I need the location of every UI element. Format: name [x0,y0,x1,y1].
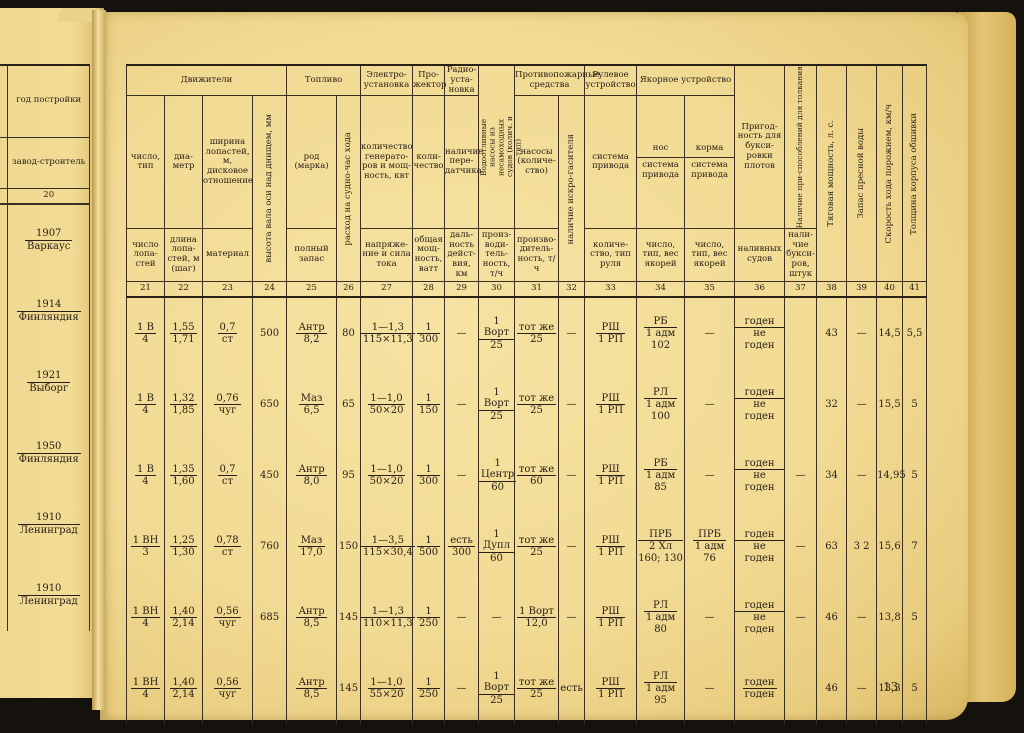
cell-c19 [0,347,8,418]
cell-c31: тот же25 [515,297,559,369]
col-20-header-top: год постройки [8,65,90,137]
column-number: 25 [287,282,337,298]
fraction-value: Антр8,5 [296,677,326,701]
builder: Финляндия [17,312,81,324]
column-number: 27 [361,282,413,298]
cell-c31: тот же25 [515,511,559,582]
fraction-value: 1300 [417,322,440,346]
cell-c37 [785,369,817,440]
fraction-value: РЛ1 адм95 [644,671,677,707]
fraction-value: тот же25 [517,535,556,559]
builder: Финляндия [17,454,81,466]
cell-c21: 1 ВН4 [127,653,165,724]
cell-c33: РШ1 РП [585,511,637,582]
header-c21-bottom: число лопа-стей [127,229,165,282]
cell-c20: 1921Выборг [8,347,90,418]
header-c28-bottom: общая мощ-ность, ватт [413,229,445,282]
cell-c37: — [785,582,817,653]
fraction-value: РШ1 РП [596,535,625,559]
fraction-value: 1500 [417,535,440,559]
cell-c41: 7 [903,511,927,582]
column-number: 33 [585,282,637,298]
fraction-value: 1 В4 [135,322,156,346]
header-c38: Тяговая мощность, л. с. [817,65,847,282]
cell-c29: есть300 [445,511,479,582]
column-number: 23 [203,282,253,298]
column-number: 31 [515,282,559,298]
cell-c33: РШ1 РП [585,297,637,369]
cell-c27: 1—1,050×20 [361,440,413,511]
cell-c35: ПРБ1 адм76 [685,511,735,582]
fraction-value: Антр8,0 [296,464,326,488]
cell-c33: РШ1 РП [585,653,637,724]
group-radio: Радио-уста-новка [445,65,479,96]
column-number: 41 [903,282,927,298]
group-searchlight: Про-жектор [413,65,445,96]
cell-c37 [785,653,817,724]
cell-c34: РЛ1 адм80 [637,582,685,653]
cell-c26: 65 [337,369,361,440]
table-row: 1910Ленинград [0,560,90,631]
cell-c25: Антр8,5 [287,582,337,653]
fraction-value: 1—1,050×20 [368,393,406,417]
cell-c28: 1250 [413,582,445,653]
anchor-bow-label: нос [637,144,684,158]
fraction-value: тот же25 [517,393,556,417]
column-number: 34 [637,282,685,298]
column-number: 32 [559,282,585,298]
col-19-number: 19 [0,188,8,204]
table-row: 1 В41,351,600,7ст450Антр8,0951—1,050×201… [127,440,927,511]
fraction-value: годенне годен [735,600,784,636]
column-number: 36 [735,282,785,298]
cell-c34: ПРБ2 Хл160; 130 [637,511,685,582]
cell-c32: есть [559,653,585,724]
fraction-value: годенне годен [735,529,784,565]
cell-c24: 650 [253,369,287,440]
fraction-value: 1 Ворт25 [479,316,514,352]
builder: Ленинград [18,596,80,608]
cell-c34: РБ1 адм85 [637,440,685,511]
fraction-value: 1 Дупл60 [479,529,514,565]
cell-c30: 1 Ворт25 [479,297,515,369]
cell-c26: 80 [337,297,361,369]
header-c28-top: коли-чество [413,96,445,229]
cell-c25: Маз6,5 [287,369,337,440]
fraction-value: РБ1 адм102 [644,316,677,352]
build-year: 1907 [25,228,72,241]
fraction-value: 1 ВН3 [131,535,161,559]
vessel-specs-table: Движители Топливо Электро-установка Про-… [126,64,927,724]
cell-c30: — [479,582,515,653]
cell-c20: 1910Ленинград [8,560,90,631]
fraction-value: 1300 [417,464,440,488]
cell-c29: — [445,297,479,369]
col-20-number: 20 [8,188,90,204]
header-c37-bottom: нали-чие букси-ров, штук [785,229,817,282]
book-spine [92,10,106,710]
cell-c39: — [847,582,877,653]
cell-c21: 1 ВН3 [127,511,165,582]
cell-c27: 1—1,055×20 [361,653,413,724]
builder: Ленинград [18,525,80,537]
cell-c22: 1,402,14 [165,653,203,724]
cell-c23: 0,7ст [203,297,253,369]
cell-c19 [0,560,8,631]
fraction-value: 1 Ворт25 [479,671,514,707]
cell-c20: 1950Финляндия [8,418,90,489]
group-drainage: Водоотливные насосы из несамоходных судо… [479,65,515,229]
fraction-value: РШ1 РП [596,322,625,346]
cell-c38: 46 [817,653,847,724]
cell-c20: 1910Ленинград [8,489,90,560]
cell-c31: 1 Ворт12,0 [515,582,559,653]
table-row: 1910Ленинград [0,489,90,560]
fraction-value: РЛ1 адм80 [644,600,677,636]
cell-c39: — [847,297,877,369]
header-c24: высота вала оси над днищем, мм [253,96,287,282]
fraction-value: 1—1,055×20 [368,677,406,701]
header-c41: Толщина корпуса обшивки [903,65,927,282]
header-c31-bottom: произво-дитель-ность, т/ч [515,229,559,282]
cell-c22: 1,321,85 [165,369,203,440]
fraction-value: 1 В4 [135,393,156,417]
fraction-value: 1 ВН4 [131,606,161,630]
cell-c40: 15,6 [877,511,903,582]
page-number: 13 [883,680,898,694]
cell-c28: 1300 [413,440,445,511]
build-year: 1921 [27,370,70,383]
header-c27-top: количество генерато-ров и мощ-ность, квт [361,96,413,229]
fraction-value: 1 Ворт12,0 [517,606,556,630]
cell-c23: 0,76чуг [203,369,253,440]
column-number: 24 [253,282,287,298]
header-c30-bottom: произ-води-тель-ность, т/ч [479,229,515,282]
fraction-value: 1 Ворт25 [479,387,514,423]
column-number: 26 [337,282,361,298]
cell-c41: 5,5 [903,297,927,369]
build-year: 1910 [18,583,80,596]
fraction-value: тот же60 [517,464,556,488]
table-row: 1 ВН31,251,300,78ст760Маз17,01501—3,5115… [127,511,927,582]
column-number: 30 [479,282,515,298]
header-c27-bottom: напряже-ние и сила тока [361,229,413,282]
cell-c23: 0,56чуг [203,582,253,653]
cell-c25: Антр8,2 [287,297,337,369]
fraction-value: РШ1 РП [596,464,625,488]
fraction-value: ПРБ1 адм76 [693,529,726,565]
cell-c28: 1300 [413,297,445,369]
cell-c31: тот же25 [515,653,559,724]
fraction-value: 1 ВН4 [131,677,161,701]
cell-c39: — [847,440,877,511]
fraction-value: есть300 [448,535,475,559]
cell-c40: 15,5 [877,369,903,440]
cell-c37: — [785,511,817,582]
header-c23-bottom: материал [203,229,253,282]
cell-c21: 1 В4 [127,369,165,440]
fraction-value: 1—1,3110×11,3 [361,606,415,630]
cell-c36: годенгоден [735,653,785,724]
cell-c31: тот же25 [515,369,559,440]
cell-c27: 1—3,5115×30,4 [361,511,413,582]
fraction-value: 0,56чуг [214,606,240,630]
header-c33-bottom: количе-ство, тип руля [585,229,637,282]
cell-c24 [253,653,287,724]
cell-c23: 0,78ст [203,511,253,582]
fraction-value: годенне годен [735,458,784,494]
fraction-value: годенне годен [735,316,784,352]
cell-c38: 43 [817,297,847,369]
cell-c20: 1907Варкаус [8,204,90,276]
header-c26: расход на судно-час хода [337,96,361,282]
column-number: 22 [165,282,203,298]
table-row: 1 ВН41,402,140,56чугАнтр8,51451—1,055×20… [127,653,927,724]
cell-c31: тот же60 [515,440,559,511]
fraction-value: Маз6,5 [299,393,325,417]
cell-c19 [0,204,8,276]
cell-c35: — [685,297,735,369]
build-year: 1914 [17,299,81,312]
left-page-table: …тура воз…, °C год постройки …хутья заво… [0,64,90,631]
cell-c33: РШ1 РП [585,582,637,653]
fraction-value: 1,402,14 [170,606,196,630]
cell-c36: годенне годен [735,582,785,653]
cell-c24: 685 [253,582,287,653]
cell-c41: 5 [903,653,927,724]
cell-c32: — [559,369,585,440]
cell-c41: 5 [903,369,927,440]
table-row: 1921Выборг [0,347,90,418]
cell-c24: 450 [253,440,287,511]
fraction-value: 1,321,85 [170,393,196,417]
column-number: 29 [445,282,479,298]
cell-c27: 1—1,3110×11,3 [361,582,413,653]
group-fuel: Топливо [287,65,361,96]
cell-c38: 46 [817,582,847,653]
fraction-value: годенгоден [743,677,777,701]
group-pushing: Наличие при-способлений для толкания [785,65,817,229]
cell-c41: 5 [903,440,927,511]
cell-c37: — [785,440,817,511]
cell-c28: 1150 [413,369,445,440]
cell-c21: 1 В4 [127,440,165,511]
builder: Варкаус [25,241,72,253]
cell-c36: годенне годен [735,511,785,582]
cell-c30: 1 Центр60 [479,440,515,511]
cell-c22: 1,251,30 [165,511,203,582]
build-year: 1950 [17,441,81,454]
column-number: 37 [785,282,817,298]
table-row: 1950Финляндия [0,418,90,489]
table-row: 1914Финляндия [0,276,90,347]
cell-c36: годенне годен [735,369,785,440]
cell-c30: 1 Дупл60 [479,511,515,582]
fraction-value: 1150 [417,393,440,417]
column-number: 38 [817,282,847,298]
table-row: 1 В41,551,710,7ст500Антр8,2801—1,3115×11… [127,297,927,369]
build-year: 1910 [18,512,80,525]
cell-c29: — [445,440,479,511]
cell-c35: — [685,369,735,440]
fraction-value: 1—1,3115×11,3 [361,322,415,346]
fraction-value: 1,251,30 [170,535,196,559]
cell-c19 [0,418,8,489]
cell-c33: РШ1 РП [585,369,637,440]
header-c25-bottom: полный запас [287,229,337,282]
header-c34-bottom: число, тип, вес якорей [637,229,685,282]
cell-c24: 500 [253,297,287,369]
header-c32: наличие искро-гасителя [559,96,585,282]
header-c22-bottom: длина лопа-стей, м (шаг) [165,229,203,282]
fraction-value: РШ1 РП [596,677,625,701]
cell-c28: 1500 [413,511,445,582]
fraction-value: 1,402,14 [170,677,196,701]
table-row: 1907Варкаус [0,204,90,276]
cell-c26: 150 [337,511,361,582]
fraction-value: 1250 [417,606,440,630]
cell-c34: РЛ1 адм100 [637,369,685,440]
col-19-header-top: …тура воз…, °C [0,65,8,137]
cell-c27: 1—1,050×20 [361,369,413,440]
cell-c26: 145 [337,582,361,653]
table-row: 1 В41,321,850,76чуг650Маз6,5651—1,050×20… [127,369,927,440]
cell-c41: 5 [903,582,927,653]
cell-c38: 34 [817,440,847,511]
header-c21-top: число, тип [127,96,165,229]
cell-c20: 1914Финляндия [8,276,90,347]
cell-c23: 0,56чуг [203,653,253,724]
cell-c29: — [445,653,479,724]
cell-c39: — [847,369,877,440]
header-c39: Запас пресной воды [847,65,877,282]
group-steering: Рулевое устройство [585,65,637,96]
cell-c28: 1250 [413,653,445,724]
header-c33-top: система привода [585,96,637,229]
header-c22-top: диа-метр [165,96,203,229]
column-number: 28 [413,282,445,298]
cell-c30: 1 Ворт25 [479,369,515,440]
cell-c26: 145 [337,653,361,724]
cell-c32: — [559,297,585,369]
header-c29-top: наличие пере-датчика [445,96,479,229]
anchor-stern-label: корма [685,144,734,158]
cell-c40: 13,8 [877,582,903,653]
group-firefighting: Противопожарные средства [515,65,585,96]
cell-c24: 760 [253,511,287,582]
fraction-value: 0,78ст [214,535,240,559]
cell-c40: 14,95 [877,440,903,511]
fraction-value: тот же25 [517,677,556,701]
cell-c36: годенне годен [735,440,785,511]
cell-c30: 1 Ворт25 [479,653,515,724]
header-c29-bottom: даль-ность дейст-вия, км [445,229,479,282]
cell-c37 [785,297,817,369]
fraction-value: 1—3,5115×30,4 [361,535,415,559]
group-propulsion: Движители [127,65,287,96]
fraction-value: РШ1 РП [596,393,625,417]
fraction-value: 1 В4 [135,464,156,488]
group-anchor: Якорное устройство [637,65,735,96]
column-numbers-row: 2122232425262728293031323334353637383940… [127,282,927,298]
cell-c25: Антр8,5 [287,653,337,724]
fraction-value: РБ1 адм85 [644,458,677,494]
cell-c32: — [559,440,585,511]
cell-c19 [0,489,8,560]
fraction-value: Маз17,0 [298,535,324,559]
builder: Выборг [27,383,70,395]
header-c36-bottom: наливных судов [735,229,785,282]
header-c34-top: носсистема привода [637,96,685,229]
fraction-value: 1,551,71 [170,322,196,346]
header-c35-bottom: число, тип, вес якорей [685,229,735,282]
cell-c32: — [559,511,585,582]
cell-c38: 32 [817,369,847,440]
cell-c22: 1,551,71 [165,297,203,369]
fraction-value: РШ1 РП [596,606,625,630]
cell-c36: годенне годен [735,297,785,369]
fraction-value: тот же25 [517,322,556,346]
header-c35-top: кормасистема привода [685,96,735,229]
group-electric: Электро-установка [361,65,413,96]
fraction-value: 0,56чуг [214,677,240,701]
cell-c38: 63 [817,511,847,582]
cell-c33: РШ1 РП [585,440,637,511]
header-c31-top: насосы (количе-ство) [515,96,559,229]
column-number: 40 [877,282,903,298]
cell-c32: — [559,582,585,653]
fraction-value: 0,76чуг [214,393,240,417]
group-raft-towing: Пригод-ность для букси-ровки плотов [735,65,785,229]
fraction-value: ПРБ2 Хл160; 130 [638,529,683,565]
table-row: 1 ВН41,402,140,56чуг685Антр8,51451—1,311… [127,582,927,653]
cell-c26: 95 [337,440,361,511]
cell-c35: — [685,440,735,511]
cell-c25: Маз17,0 [287,511,337,582]
header-c25-top: род (марка) [287,96,337,229]
cell-c39: 3 2 [847,511,877,582]
col-19-header-bottom: …хутья [0,137,8,188]
fraction-value: Антр8,2 [296,322,326,346]
cell-c34: РЛ1 адм95 [637,653,685,724]
cell-c35: — [685,653,735,724]
cell-c40: 14,5 [877,297,903,369]
cell-c27: 1—1,3115×11,3 [361,297,413,369]
cell-c25: Антр8,0 [287,440,337,511]
fraction-value: 0,7ст [218,464,238,488]
cell-c23: 0,7ст [203,440,253,511]
header-c23-top: ширина лопастей, м, дисковое отношение [203,96,253,229]
cell-c21: 1 В4 [127,297,165,369]
fraction-value: годенне годен [735,387,784,423]
cell-c29: — [445,369,479,440]
fraction-value: 1 Центр60 [479,458,516,494]
cell-c21: 1 ВН4 [127,582,165,653]
cell-c19 [0,276,8,347]
cell-c22: 1,351,60 [165,440,203,511]
cell-c35: — [685,582,735,653]
fraction-value: 0,7ст [218,322,238,346]
cell-c22: 1,402,14 [165,582,203,653]
cell-c39: — [847,653,877,724]
fraction-value: Антр8,5 [296,606,326,630]
fraction-value: 1250 [417,677,440,701]
col-20-header-bottom: завод-строитель [8,137,90,188]
header-c40: Скорость хода порожнем, км/ч [877,65,903,282]
fraction-value: РЛ1 адм100 [644,387,677,423]
cell-c29: — [445,582,479,653]
fraction-value: 1—1,050×20 [368,464,406,488]
